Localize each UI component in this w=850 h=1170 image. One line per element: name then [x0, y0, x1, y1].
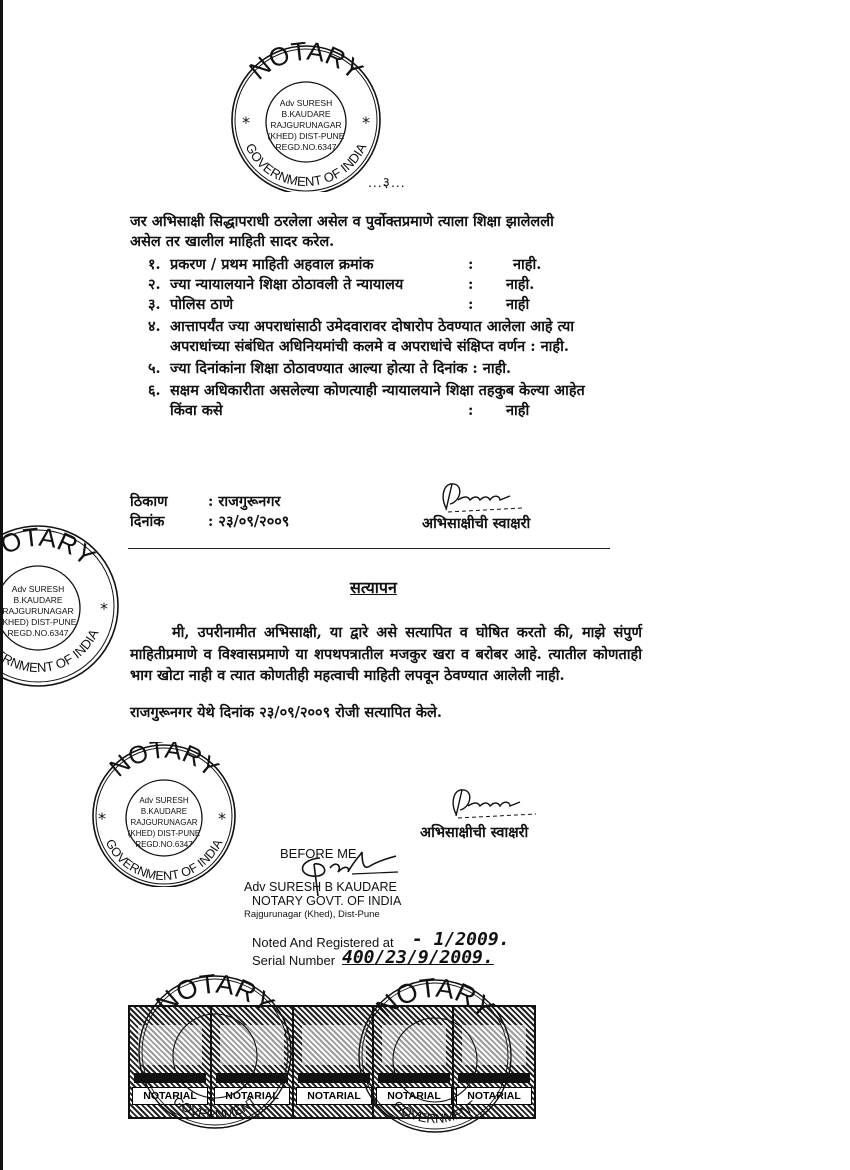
- svg-text:B.KAUDARE: B.KAUDARE: [141, 807, 187, 816]
- verification-heading: सत्यापन: [350, 578, 397, 598]
- notary-seal-over-stamps-2: NOTARY GOVERNMENT: [350, 976, 520, 1136]
- svg-text:REGD.NO.6347: REGD.NO.6347: [276, 142, 337, 152]
- divider: [128, 548, 610, 549]
- verification-closing: राजगुरूनगर येथे दिनांक २३/०९/२००९ रोजी स…: [130, 703, 442, 723]
- list-item: १.प्रकरण / प्रथम माहिती अहवाल क्रमांक: [148, 255, 374, 275]
- svg-text:B.KAUDARE: B.KAUDARE: [281, 109, 330, 119]
- svg-text:NOTARY: NOTARY: [0, 522, 101, 572]
- list-item-continuation: किंवा कसे: [170, 401, 223, 421]
- place-value: : राजगुरूनगर: [208, 492, 280, 512]
- serial-number-label: Serial Number: [252, 953, 335, 968]
- serial-number-value: 400/23/9/2009.: [342, 947, 494, 968]
- svg-text:RAJGURUNAGAR: RAJGURUNAGAR: [2, 606, 73, 616]
- deponent-signature-label-2: अभिसाक्षीची स्वाक्षरी: [420, 823, 528, 843]
- item-value: नाही: [506, 401, 529, 421]
- deponent-signature-2: [448, 784, 543, 820]
- notary-seal-bottom: NOTARY GOVERNMENT OF INDIA * * Adv SURES…: [84, 742, 244, 887]
- svg-text:B.KAUDARE: B.KAUDARE: [13, 595, 62, 605]
- info-list: १.प्रकरण / प्रथम माहिती अहवाल क्रमांक : …: [148, 255, 668, 415]
- svg-text:REGD.NO.6347: REGD.NO.6347: [8, 628, 69, 638]
- date-label: दिनांक: [130, 512, 164, 532]
- svg-text:*: *: [98, 809, 106, 828]
- deponent-signature-label: अभिसाक्षीची स्वाक्षरी: [422, 514, 530, 534]
- item-value: नाही.: [513, 255, 541, 275]
- date-value: : २३/०९/२००९: [208, 512, 289, 532]
- svg-text:Adv SURESH: Adv SURESH: [12, 584, 64, 594]
- deponent-signature-1: [438, 478, 528, 514]
- svg-text:*: *: [100, 599, 108, 618]
- item-value: नाही.: [506, 275, 534, 295]
- svg-text:*: *: [218, 809, 226, 828]
- svg-text:(KHED) DIST-PUNE: (KHED) DIST-PUNE: [0, 617, 77, 627]
- svg-text:*: *: [242, 113, 250, 132]
- svg-text:(KHED) DIST-PUNE: (KHED) DIST-PUNE: [128, 829, 200, 838]
- notary-address: Rajgurunagar (Khed), Dist-Pune: [244, 909, 380, 920]
- list-item: ३.पोलिस ठाणे: [148, 295, 233, 315]
- item-value: नाही: [506, 295, 529, 315]
- notary-seal-over-stamps-1: NOTARY GOVERNMENT: [130, 972, 300, 1132]
- svg-text:REGD.NO.6347: REGD.NO.6347: [135, 840, 193, 849]
- notary-seal-left: NOTARY GOVERNMENT OF INDIA * Adv SURESH …: [0, 520, 130, 688]
- verification-paragraph: मी, उपरीनामीत अभिसाक्षी, या द्वारे असे स…: [130, 622, 642, 687]
- intro-line-2: असेल तर खालील माहिती सादर करेल.: [130, 232, 334, 252]
- notary-title: NOTARY GOVT. OF INDIA: [252, 894, 401, 908]
- notary-name: Adv SURESH B KAUDARE: [244, 880, 397, 894]
- svg-text:RAJGURUNAGAR: RAJGURUNAGAR: [130, 818, 197, 827]
- list-item-continuation: अपराधांच्या संबंधित अधिनियमांची कलमे व अ…: [170, 337, 569, 357]
- svg-text:*: *: [362, 113, 370, 132]
- list-item: ६.सक्षम अधिकारीता असलेल्या कोणत्याही न्य…: [148, 381, 585, 401]
- svg-text:Adv SURESH: Adv SURESH: [139, 796, 189, 805]
- list-item: ४.आत्तापर्यंत ज्या अपराधांसाठी उमेदवाराव…: [148, 317, 574, 337]
- svg-text:Adv SURESH: Adv SURESH: [280, 98, 332, 108]
- place-label: ठिकाण: [130, 492, 168, 512]
- page-number: ...३...: [368, 173, 406, 192]
- notary-seal-top: NOTARY GOVERNMENT OF INDIA * * Adv SURES…: [222, 42, 390, 192]
- list-item: ५.ज्या दिनांकांना शिक्षा ठोठावण्यात आल्य…: [148, 359, 511, 379]
- list-item: २.ज्या न्यायालयाने शिक्षा ठोठावली ते न्य…: [148, 275, 403, 295]
- svg-text:RAJGURUNAGAR: RAJGURUNAGAR: [270, 120, 341, 130]
- svg-text:(KHED) DIST-PUNE: (KHED) DIST-PUNE: [268, 131, 345, 141]
- intro-line-1: जर अभिसाक्षी सिद्धापराधी ठरलेला असेल व प…: [130, 212, 554, 232]
